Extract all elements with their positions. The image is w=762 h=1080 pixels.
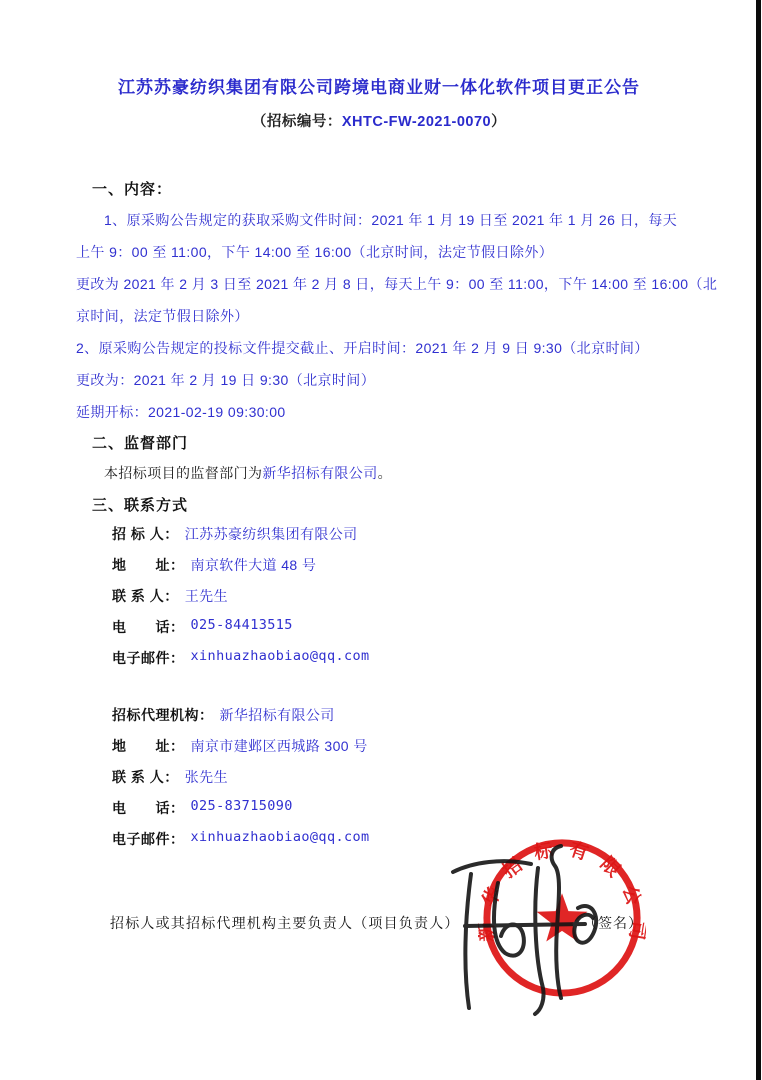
section-heading-supervision: 二、监督部门 bbox=[92, 432, 188, 453]
agency-phone-value: 025-83715090 bbox=[191, 798, 293, 818]
section-heading-contacts: 三、联系方式 bbox=[92, 494, 188, 515]
supervision-line: 本招标项目的监督部门为新华招标有限公司。 bbox=[104, 463, 392, 483]
agency-phone-label: 电 话： bbox=[112, 798, 185, 818]
agency-phone-row: 电 话：025-83715090 bbox=[112, 798, 293, 818]
agency-address-row: 地 址：南京市建邺区西城路 300 号 bbox=[112, 736, 368, 756]
bidder-name-value: 江苏苏豪纺织集团有限公司 bbox=[185, 524, 358, 544]
bidder-contact-person-label: 联 系 人： bbox=[112, 586, 179, 606]
bidder-address-row: 地 址：南京软件大道 48 号 bbox=[112, 555, 316, 575]
bidder-contact-person-value: 王先生 bbox=[185, 586, 228, 606]
supervision-suffix: 。 bbox=[378, 465, 392, 481]
tender-number-line: （招标编号：XHTC-FW-2021-0070） bbox=[0, 110, 758, 131]
bidder-name-label: 招 标 人： bbox=[112, 524, 179, 544]
agency-contact-person-row: 联 系 人：张先生 bbox=[112, 767, 228, 787]
agency-name-label: 招标代理机构： bbox=[112, 705, 214, 725]
bidder-phone-value: 025-84413515 bbox=[191, 617, 293, 637]
agency-name-value: 新华招标有限公司 bbox=[220, 705, 335, 725]
agency-email-label: 电子邮件： bbox=[112, 829, 185, 849]
document-page: 江苏苏豪纺织集团有限公司跨境电商业财一体化软件项目更正公告 （招标编号：XHTC… bbox=[0, 0, 762, 1080]
bidder-address-label: 地 址： bbox=[112, 555, 185, 575]
content-line: 1、原采购公告规定的获取采购文件时间：2021 年 1 月 19 日至 2021… bbox=[104, 210, 677, 230]
supervision-org: 新华招标有限公司 bbox=[262, 465, 377, 481]
agency-contact-person-label: 联 系 人： bbox=[112, 767, 179, 787]
agency-email-row: 电子邮件：xinhuazhaobiao@qq.com bbox=[112, 829, 370, 849]
bidder-address-value: 南京软件大道 48 号 bbox=[191, 555, 317, 575]
content-line: 2、原采购公告规定的投标文件提交截止、开启时间：2021 年 2 月 9 日 9… bbox=[76, 338, 649, 358]
handwritten-signature bbox=[443, 838, 645, 1020]
supervision-prefix: 本招标项目的监督部门为 bbox=[104, 465, 262, 481]
agency-address-label: 地 址： bbox=[112, 736, 185, 756]
agency-name-row: 招标代理机构：新华招标有限公司 bbox=[112, 705, 335, 725]
bidder-name-row: 招 标 人：江苏苏豪纺织集团有限公司 bbox=[112, 524, 358, 544]
tender-number-suffix: ） bbox=[491, 114, 506, 130]
bidder-email-label: 电子邮件： bbox=[112, 648, 185, 668]
responsible-person-line: 招标人或其招标代理机构主要负责人（项目负责人） bbox=[110, 913, 460, 933]
agency-email-value: xinhuazhaobiao@qq.com bbox=[191, 829, 370, 849]
bidder-email-value: xinhuazhaobiao@qq.com bbox=[191, 648, 370, 668]
page-right-edge-shadow bbox=[756, 0, 761, 1080]
page-title: 江苏苏豪纺织集团有限公司跨境电商业财一体化软件项目更正公告 bbox=[0, 73, 758, 98]
tender-number-prefix: （招标编号： bbox=[252, 114, 342, 130]
bidder-phone-label: 电 话： bbox=[112, 617, 185, 637]
bidder-phone-row: 电 话：025-84413515 bbox=[112, 617, 293, 637]
content-line: 京时间，法定节假日除外） bbox=[76, 306, 249, 326]
agency-contact-person-value: 张先生 bbox=[185, 767, 228, 787]
section-heading-content: 一、内容： bbox=[92, 178, 172, 199]
bidder-contact-person-row: 联 系 人：王先生 bbox=[112, 586, 228, 606]
content-line: 上午 9：00 至 11:00，下午 14:00 至 16:00（北京时间，法定… bbox=[76, 242, 553, 262]
content-line: 更改为 2021 年 2 月 3 日至 2021 年 2 月 8 日，每天上午 … bbox=[76, 274, 717, 294]
content-line: 更改为：2021 年 2 月 19 日 9:30（北京时间） bbox=[76, 370, 375, 390]
agency-address-value: 南京市建邺区西城路 300 号 bbox=[191, 736, 368, 756]
tender-number-code: XHTC-FW-2021-0070 bbox=[342, 114, 491, 130]
content-line: 延期开标：2021-02-19 09:30:00 bbox=[76, 402, 286, 422]
bidder-email-row: 电子邮件：xinhuazhaobiao@qq.com bbox=[112, 648, 370, 668]
